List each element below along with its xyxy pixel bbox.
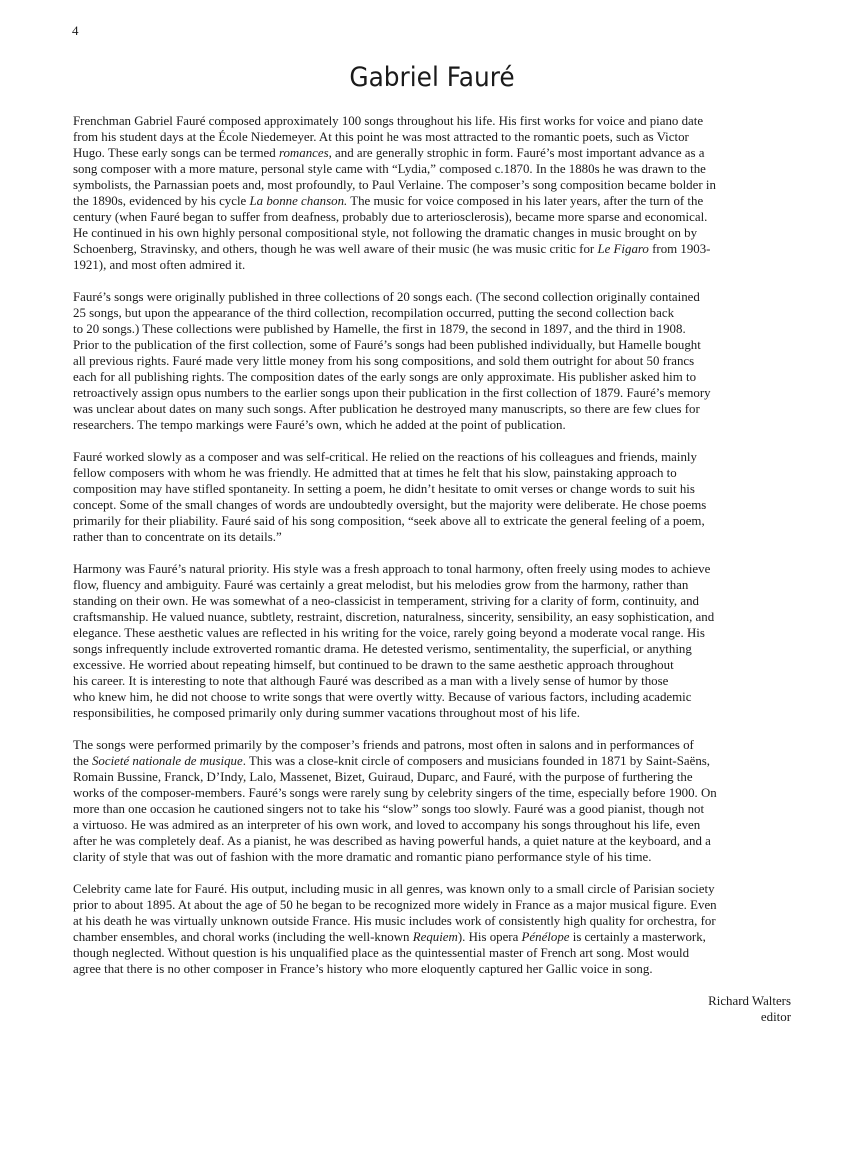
text-line: craftsmanship. He valued nuance, subtlet…: [73, 609, 792, 625]
signature: Richard Walters editor: [708, 993, 791, 1025]
page-number: 4: [72, 23, 79, 39]
paragraph: Fauré’s songs were originally published …: [73, 289, 792, 433]
text-line: Frenchman Gabriel Fauré composed approxi…: [73, 113, 792, 129]
paragraph: Fauré worked slowly as a composer and wa…: [73, 449, 792, 545]
text-line: each for all publishing rights. The comp…: [73, 369, 792, 385]
text-line: Prior to the publication of the first co…: [73, 337, 792, 353]
text-line: after he was completely deaf. As a piani…: [73, 833, 792, 849]
text-line: works of the composer-members. Fauré’s s…: [73, 785, 792, 801]
text-line: agree that there is no other composer in…: [73, 961, 792, 977]
text-line: responsibilities, he composed primarily …: [73, 705, 792, 721]
italic-title: romances: [279, 146, 329, 160]
page-title: Gabriel Fauré: [35, 62, 830, 93]
text-line: a virtuoso. He was admired as an interpr…: [73, 817, 792, 833]
text-line: symbolists, the Parnassian poets and, mo…: [73, 177, 792, 193]
text-line: more than one occasion he cautioned sing…: [73, 801, 792, 817]
text-line: The songs were performed primarily by th…: [73, 737, 792, 753]
italic-title: Societé nationale de musique: [92, 754, 243, 768]
text-line: retroactively assign opus numbers to the…: [73, 385, 792, 401]
text-line: Hugo. These early songs can be termed ro…: [73, 145, 792, 161]
italic-title: Le Figaro: [597, 242, 648, 256]
text-line: Schoenberg, Stravinsky, and others, thou…: [73, 241, 792, 257]
text-line: song composer with a more mature, person…: [73, 161, 792, 177]
text-line: rather than to concentrate on its detail…: [73, 529, 792, 545]
text-line: flow, fluency and ambiguity. Fauré was c…: [73, 577, 792, 593]
text-line: to 20 songs.) These collections were pub…: [73, 321, 792, 337]
text-line: He continued in his own highly personal …: [73, 225, 792, 241]
text-line: excessive. He worried about repeating hi…: [73, 657, 792, 673]
text-line: his career. It is interesting to note th…: [73, 673, 792, 689]
text-line: chamber ensembles, and choral works (inc…: [73, 929, 792, 945]
paragraph: Harmony was Fauré’s natural priority. Hi…: [73, 561, 792, 721]
italic-title: Pénélope: [522, 930, 570, 944]
italic-title: Requiem: [413, 930, 458, 944]
text-line: Celebrity came late for Fauré. His outpu…: [73, 881, 792, 897]
text-line: who knew him, he did not choose to write…: [73, 689, 792, 705]
text-line: Fauré worked slowly as a composer and wa…: [73, 449, 792, 465]
text-line: at his death he was virtually unknown ou…: [73, 913, 792, 929]
text-line: primarily for their pliability. Fauré sa…: [73, 513, 792, 529]
text-line: fellow composers with whom he was friend…: [73, 465, 792, 481]
text-line: though neglected. Without question is hi…: [73, 945, 792, 961]
italic-title: La bonne chanson.: [249, 194, 347, 208]
text-line: Romain Bussine, Franck, D’Indy, Lalo, Ma…: [73, 769, 792, 785]
paragraph: Frenchman Gabriel Fauré composed approxi…: [73, 113, 792, 273]
article-body: Frenchman Gabriel Fauré composed approxi…: [73, 113, 792, 993]
text-line: century (when Fauré began to suffer from…: [73, 209, 792, 225]
text-line: 25 songs, but upon the appearance of the…: [73, 305, 792, 321]
text-line: 1921), and most often admired it.: [73, 257, 792, 273]
signature-name: Richard Walters: [708, 993, 791, 1009]
text-line: researchers. The tempo markings were Fau…: [73, 417, 792, 433]
text-line: standing on their own. He was somewhat o…: [73, 593, 792, 609]
text-line: Harmony was Fauré’s natural priority. Hi…: [73, 561, 792, 577]
signature-role: editor: [708, 1009, 791, 1025]
text-line: was unclear about dates on many such son…: [73, 401, 792, 417]
text-line: concept. Some of the small changes of wo…: [73, 497, 792, 513]
text-line: composition may have stifled spontaneity…: [73, 481, 792, 497]
text-line: the Societé nationale de musique. This w…: [73, 753, 792, 769]
text-line: all previous rights. Fauré made very lit…: [73, 353, 792, 369]
text-line: songs infrequently include extroverted r…: [73, 641, 792, 657]
text-line: clarity of style that was out of fashion…: [73, 849, 792, 865]
text-line: the 1890s, evidenced by his cycle La bon…: [73, 193, 792, 209]
paragraph: The songs were performed primarily by th…: [73, 737, 792, 865]
text-line: Fauré’s songs were originally published …: [73, 289, 792, 305]
text-line: prior to about 1895. At about the age of…: [73, 897, 792, 913]
text-line: elegance. These aesthetic values are ref…: [73, 625, 792, 641]
text-line: from his student days at the École Niede…: [73, 129, 792, 145]
paragraph: Celebrity came late for Fauré. His outpu…: [73, 881, 792, 977]
